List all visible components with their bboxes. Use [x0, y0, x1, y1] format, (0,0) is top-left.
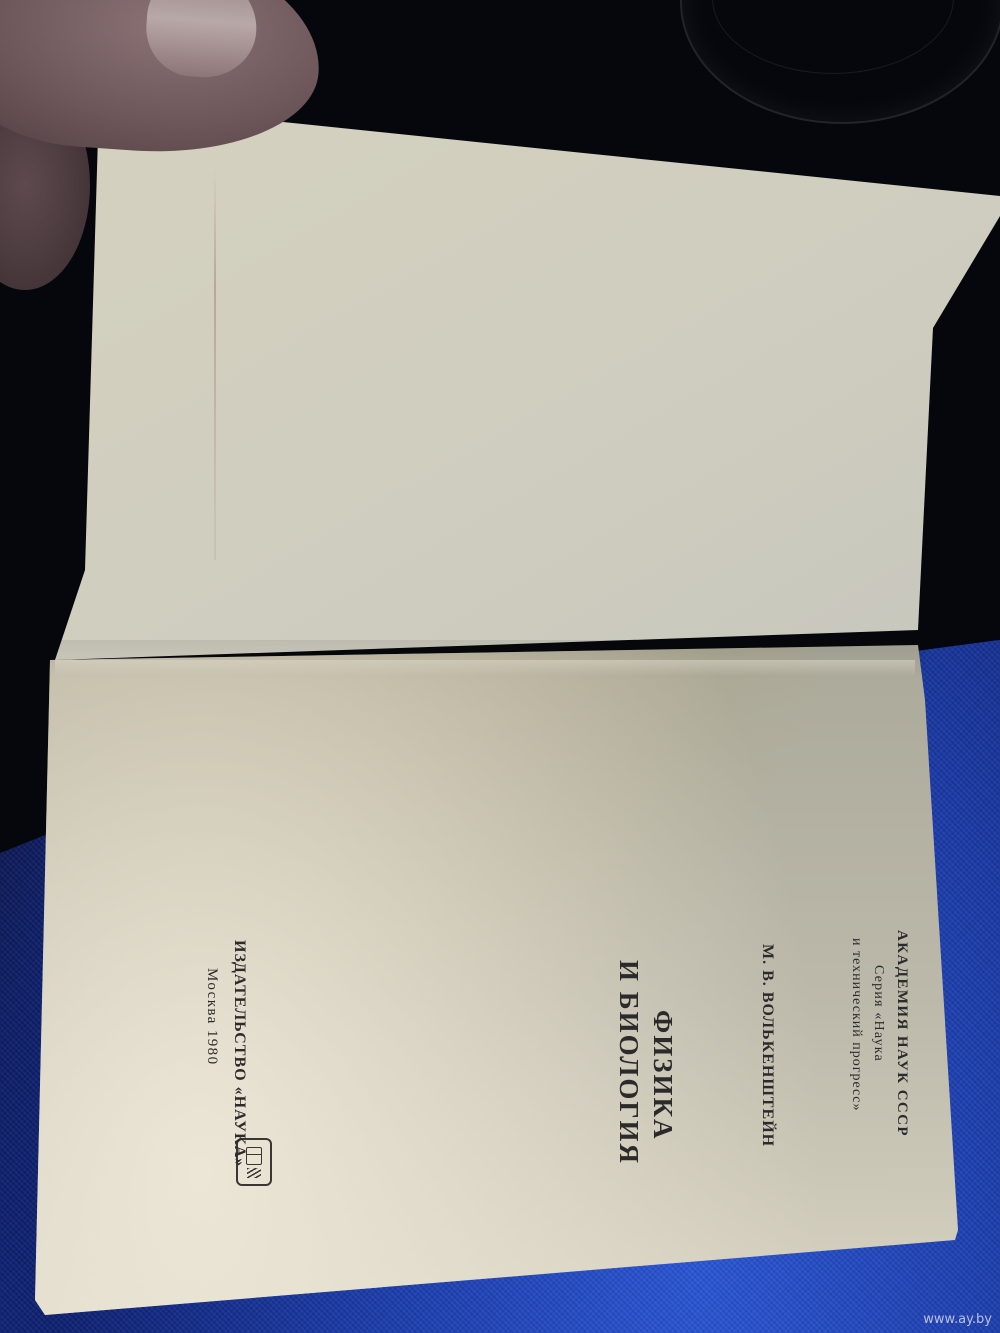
series-line-2: и технический прогресс» — [848, 938, 864, 1111]
city-year: Москва 1980 — [203, 968, 220, 1065]
rays-icon — [247, 1168, 261, 1178]
thumbnail — [143, 0, 260, 81]
page-shadow — [45, 640, 925, 680]
glass-object — [680, 0, 1000, 124]
organization-line: АКАДЕМИЯ НАУК СССР — [893, 930, 910, 1137]
book-icon — [246, 1147, 262, 1165]
series-line-1: Серия «Наука — [870, 965, 886, 1062]
page-crease — [214, 170, 216, 560]
book-title-line-1: ФИЗИКА — [647, 1010, 678, 1141]
photo-scene: АКАДЕМИЯ НАУК СССР Серия «Наука и технич… — [0, 0, 1000, 1333]
author-name: М. В. ВОЛЬКЕНШТЕЙН — [758, 944, 776, 1147]
watermark: www.ay.by — [923, 1312, 992, 1327]
publisher-name: ИЗДАТЕЛЬСТВО «НАУКА» — [230, 940, 248, 1167]
book-title-line-2: И БИОЛОГИЯ — [613, 960, 644, 1165]
